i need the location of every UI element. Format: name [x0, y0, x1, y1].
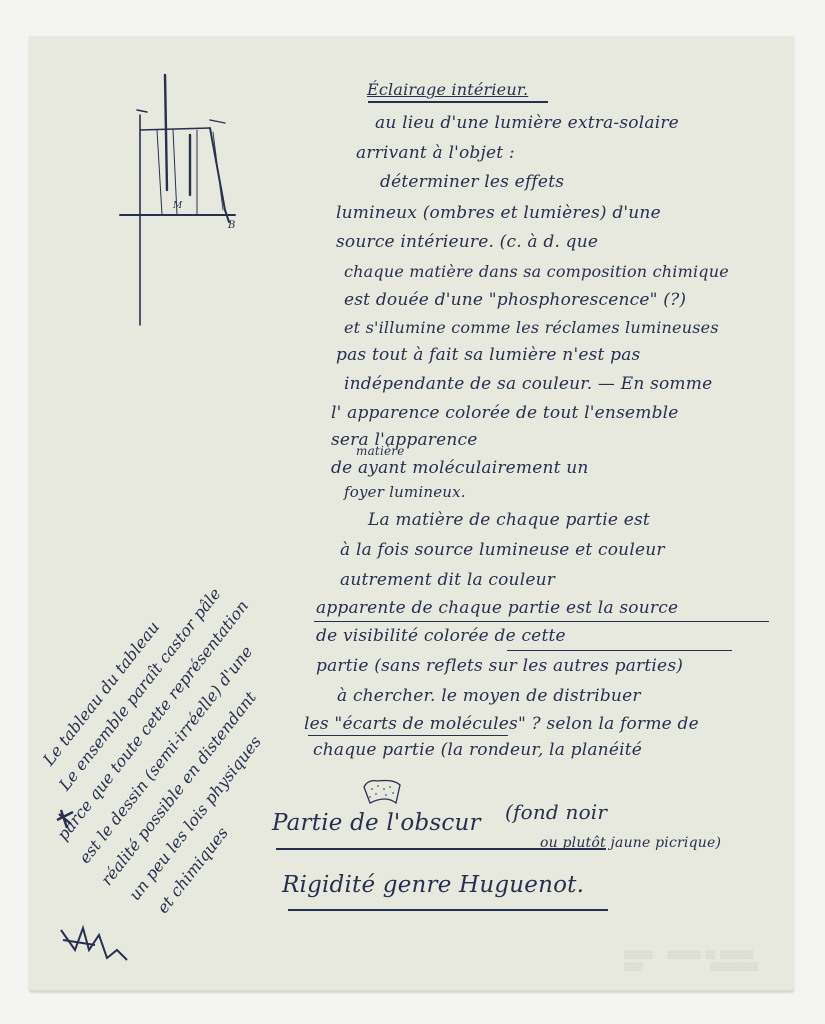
text-line: au lieu d'une lumière extra-solaire: [375, 113, 679, 133]
text-line: les "écarts de molécules" ? selon la for…: [304, 714, 699, 734]
text-line: partie (sans reflets sur les autres part…: [316, 656, 683, 676]
text-line: de ayant moléculairement un: [331, 458, 589, 478]
text-line: apparente de chaque partie est la source: [316, 598, 678, 618]
archive-stamp: ▒▒▒▒▒▒ ▒▒▒▒▒▒▒ ▒▒ ▒▒▒▒▒▒▒ ▒▒▒▒ ▒▒▒▒▒▒▒▒▒…: [624, 950, 758, 974]
underline-stroke: [314, 621, 769, 622]
text-line: indépendante de sa couleur. — En somme: [344, 374, 712, 394]
struck-scribble: [55, 800, 135, 980]
text-line: à la fois source lumineuse et couleur: [340, 540, 665, 560]
text-line: à chercher. le moyen de distribuer: [337, 686, 641, 706]
text-line: La matière de chaque partie est: [368, 510, 650, 530]
text-line: chaque partie (la rondeur, la planéité: [313, 740, 642, 760]
underline-stroke: [507, 650, 732, 651]
text-line: arrivant à l'objet :: [356, 143, 515, 163]
text-line: et s'illumine comme les réclames lumineu…: [344, 318, 719, 337]
heading-eclairage: Éclairage intérieur.: [367, 80, 528, 99]
text-line: chaque matière dans sa composition chimi…: [344, 262, 729, 281]
underline-stroke: [368, 101, 548, 103]
text-line: déterminer les effets: [380, 172, 564, 192]
text-line: source intérieure. (c. à d. que: [336, 232, 598, 252]
text-line: de visibilité colorée de cette: [316, 626, 566, 646]
text-line: autrement dit la couleur: [340, 570, 555, 590]
text-line: lumineux (ombres et lumières) d'une: [336, 203, 661, 223]
interlinear-note: matière: [356, 444, 405, 458]
text-line: foyer lumineux.: [344, 483, 466, 501]
note-fond-noir: (fond noir: [505, 800, 607, 824]
text-line: est douée d'une "phosphorescence" (?): [344, 290, 686, 310]
sketch-label-m: M: [172, 201, 183, 211]
text-line: pas tout à fait sa lumière n'est pas: [336, 345, 640, 365]
text-line: l' apparence colorée de tout l'ensemble: [331, 403, 679, 423]
sketch-diagram: M B: [115, 70, 265, 330]
sketch-label-b: B: [227, 220, 235, 231]
